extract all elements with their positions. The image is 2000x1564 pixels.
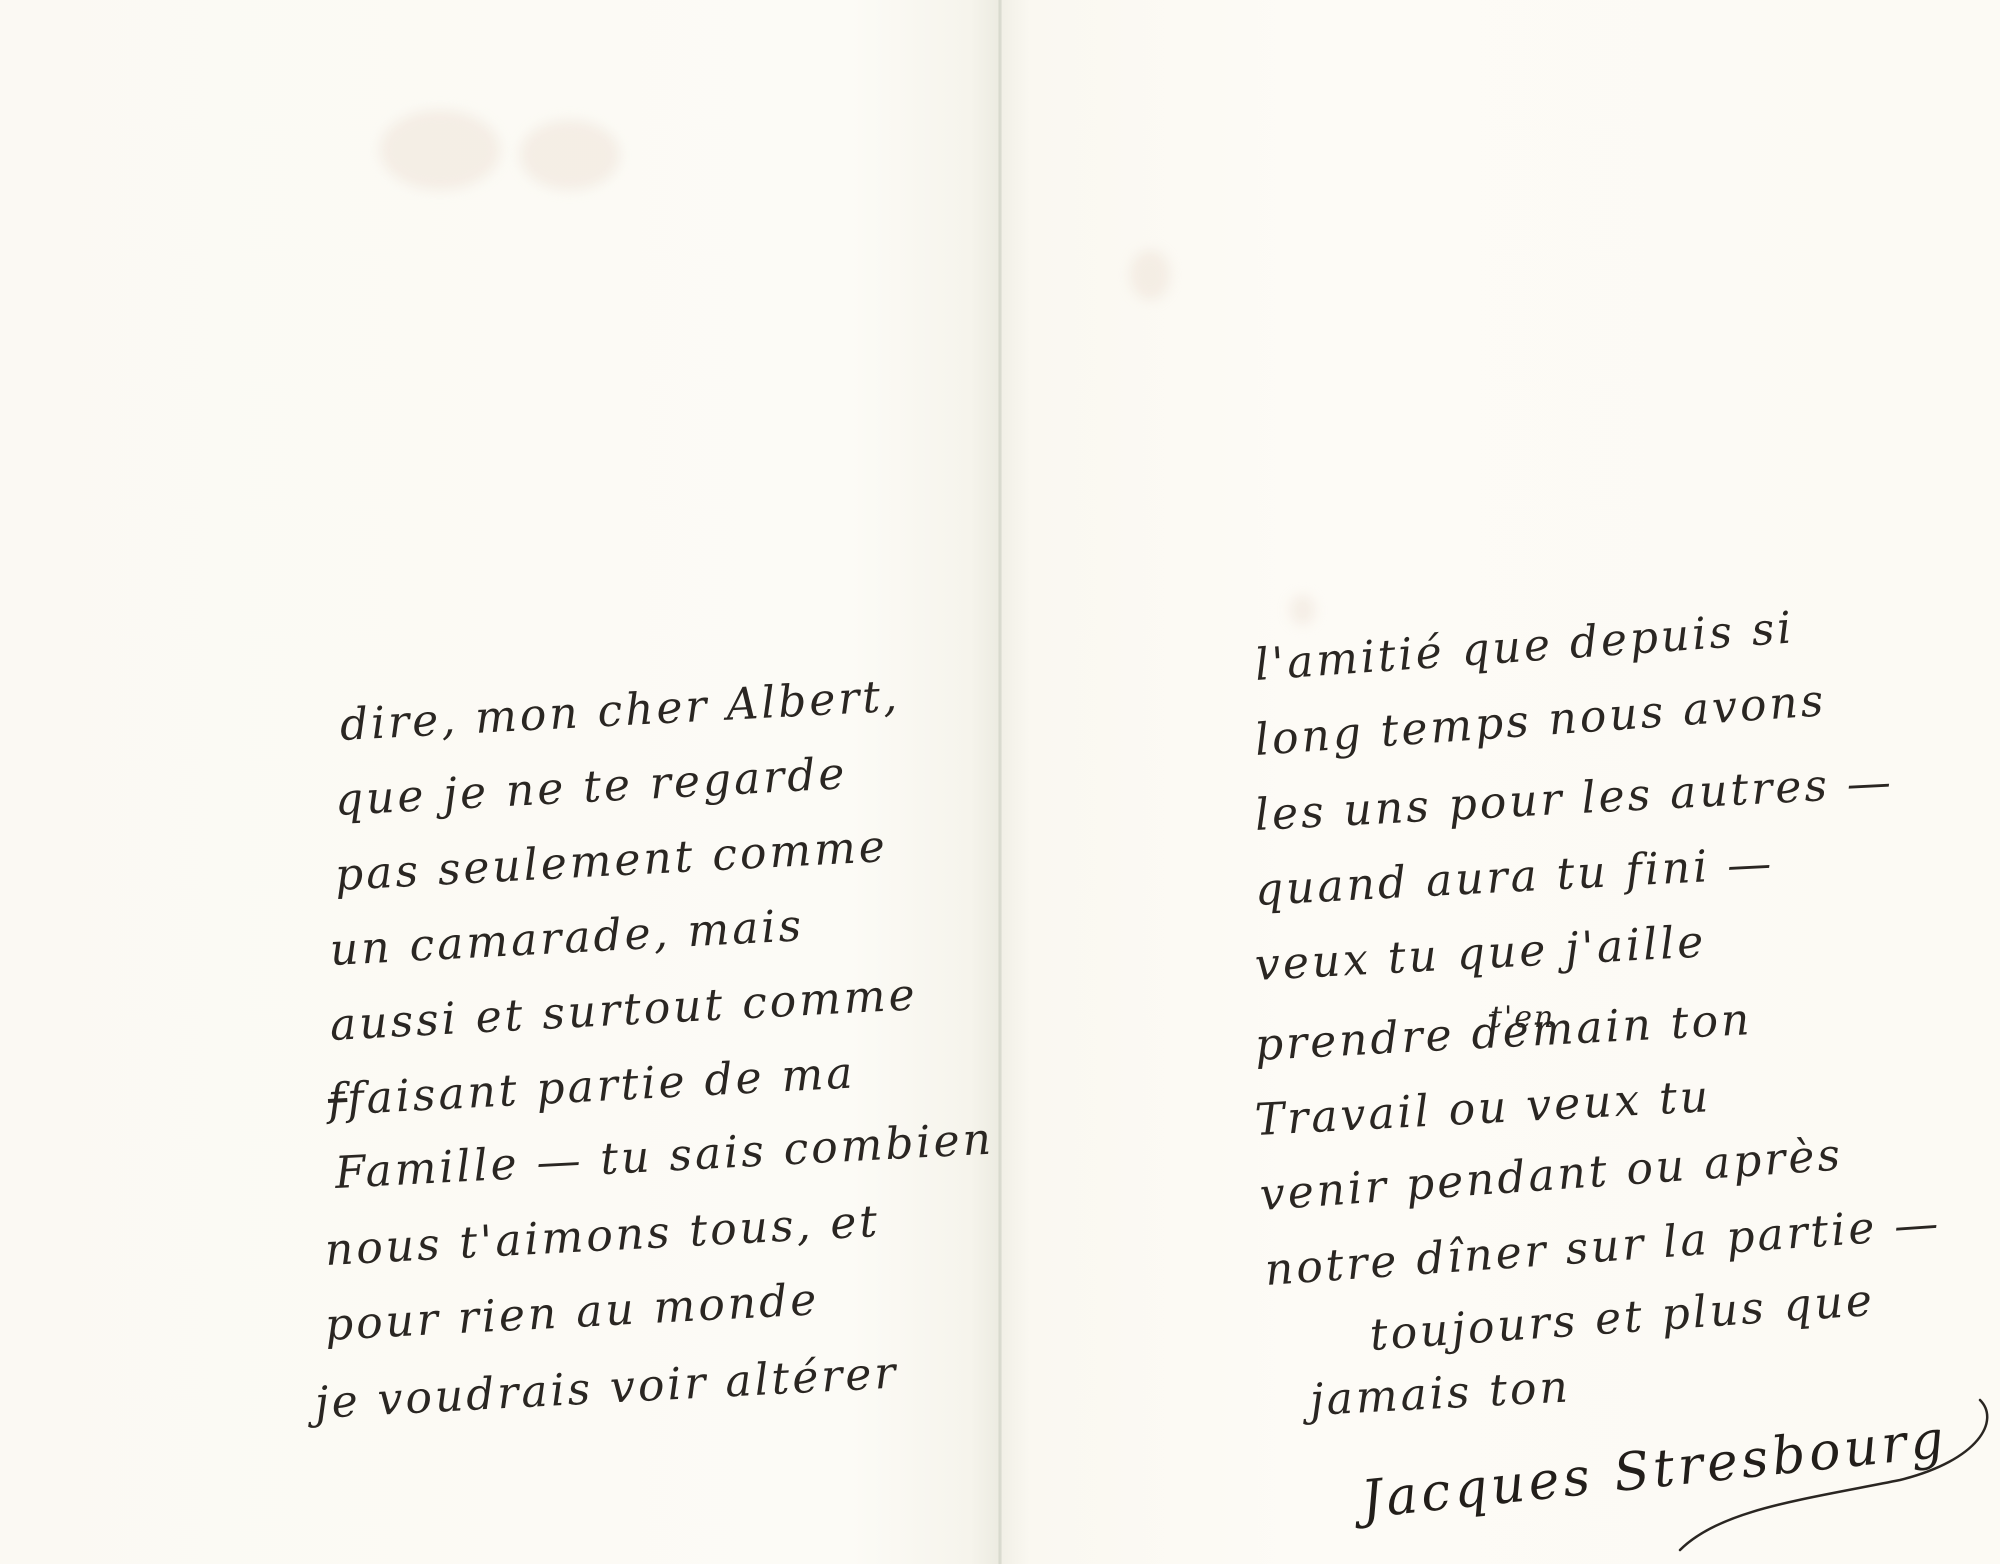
letter-spread: dire, mon cher Albert, que je ne te rega… (0, 0, 2000, 1564)
letter-line: pour rien au monde (324, 1274, 821, 1351)
letter-line: nous t'aimons tous, et (324, 1196, 882, 1276)
letter-line: quand aura tu fini — (1254, 838, 1776, 916)
letter-line: jamais ton (1309, 1361, 1572, 1426)
letter-line: toujours et plus que (1368, 1275, 1876, 1361)
stain-mark (1290, 595, 1315, 625)
letter-line: pas seulement comme (334, 821, 889, 901)
letter-line: venir pendant ou après (1258, 1129, 1844, 1221)
letter-line: long temps nous avons (1253, 675, 1828, 766)
page-fold (998, 0, 1002, 1564)
letter-line: les uns pour les autres — (1254, 757, 1895, 841)
show-through-mark (520, 120, 620, 190)
letter-line: aussi et surtout comme (329, 969, 919, 1051)
letter-line: dire, mon cher Albert, (339, 671, 902, 751)
left-page: dire, mon cher Albert, que je ne te rega… (0, 0, 1000, 1564)
letter-line: veux tu que j'aille (1254, 916, 1708, 991)
stain-mark (1130, 250, 1170, 300)
signature-flourish-icon (1600, 1380, 2000, 1564)
letter-line: l'amitié que depuis si (1253, 602, 1796, 691)
letter-line: que je ne te regarde (334, 748, 849, 826)
letter-line: je voudrais voir altérer (314, 1347, 900, 1428)
letter-line: ffaisant partie de ma (327, 1047, 857, 1126)
letter-line: un camarade, mais (329, 900, 806, 976)
right-page: l'amitié que depuis si long temps nous a… (1000, 0, 2000, 1564)
letter-line: Travail ou veux tu (1254, 1071, 1713, 1146)
letter-line: Famille — tu sais combien (334, 1114, 995, 1199)
show-through-mark (380, 110, 500, 190)
